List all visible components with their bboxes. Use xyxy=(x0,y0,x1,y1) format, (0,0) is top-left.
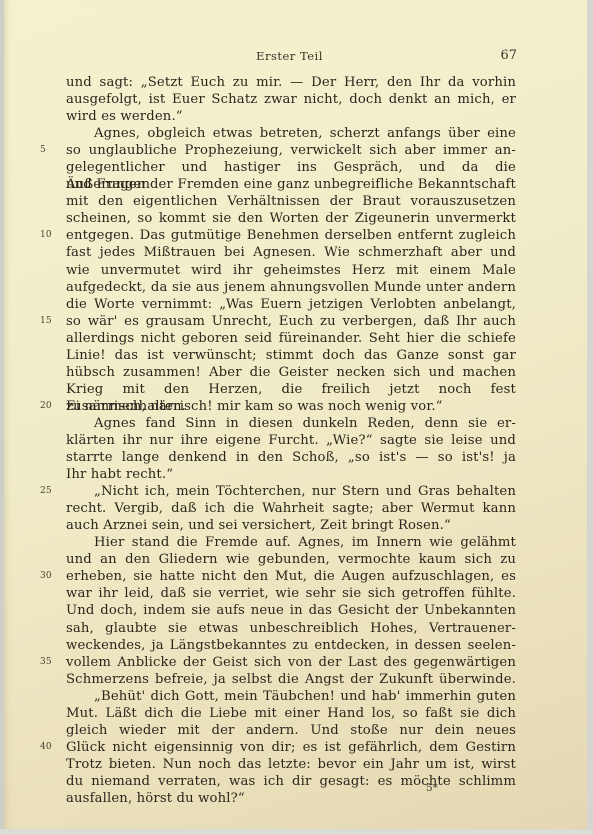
line-text: Und doch, indem sie aufs neue in das Ges… xyxy=(66,602,516,619)
line-text: ausgefolgt, ist Euer Schatz zwar nicht, … xyxy=(66,91,516,108)
line-text: entgegen. Das gutmütige Benehmen derselb… xyxy=(66,227,516,244)
line-number: 35 xyxy=(40,654,56,671)
text-line: recht. Vergib, daß ich die Wahrheit sagt… xyxy=(66,500,516,517)
text-line: „Nicht ich, mein Töchterchen, nur Stern … xyxy=(66,483,516,500)
text-line: so wär' es grausam Unrecht, Euch zu verb… xyxy=(66,313,516,330)
text-line: und sagt: „Setzt Euch zu mir. — Der Herr… xyxy=(66,74,516,91)
line-text: weckendes, ja Längstbekanntes zu entdeck… xyxy=(66,637,516,654)
text-line: klärten ihr nur ihre eigene Furcht. „Wie… xyxy=(66,432,516,449)
text-line: ausgefolgt, ist Euer Schatz zwar nicht, … xyxy=(66,91,516,108)
line-text: mit den eigentlichen Verhältnissen der B… xyxy=(66,193,516,210)
line-text: sah, glaubte sie etwas unbeschreiblich H… xyxy=(66,620,516,637)
text-line: scheinen, so kommt sie den Worten der Zi… xyxy=(66,210,516,227)
line-number: 20 xyxy=(40,398,56,415)
line-text: wie unvermutet wird ihr geheimstes Herz … xyxy=(66,262,516,279)
text-line: Linie! das ist verwünscht; stimmt doch d… xyxy=(66,347,516,364)
line-number: 30 xyxy=(40,568,56,585)
text-line: hübsch zusammen! Aber die Geister necken… xyxy=(66,364,516,381)
text-line: war ihr leid, daß sie verriet, wie sehr … xyxy=(66,585,516,602)
text-line: „Behüt' dich Gott, mein Täubchen! und ha… xyxy=(66,688,516,705)
text-line: und Fragen der Fremden eine ganz unbegre… xyxy=(66,176,516,193)
scan-bottom-edge xyxy=(0,829,593,835)
page-number: 67 xyxy=(500,48,517,63)
line-text: Hier stand die Fremde auf. Agnes, im Inn… xyxy=(94,534,516,551)
line-text: starrte lange denkend in den Schoß, „so … xyxy=(66,449,516,466)
text-line: vollem Anblicke der Geist sich von der L… xyxy=(66,654,516,671)
line-text: Glück nicht eigensinnig von dir; es ist … xyxy=(66,739,516,756)
text-line: Agnes fand Sinn in diesen dunkeln Reden,… xyxy=(66,415,516,432)
text-line: Krieg mit den Herzen, die freilich jetzt… xyxy=(66,381,516,398)
line-text: „Nicht ich, mein Töchterchen, nur Stern … xyxy=(94,483,516,500)
line-text: war ihr leid, daß sie verriet, wie sehr … xyxy=(66,585,516,602)
text-line: aufgedeckt, da sie aus jenem ahnungsvoll… xyxy=(66,279,516,296)
page-body: und sagt: „Setzt Euch zu mir. — Der Herr… xyxy=(66,74,516,807)
line-text: Ihr habt recht.“ xyxy=(66,466,516,483)
text-line: Agnes, obgleich etwas betreten, scherzt … xyxy=(66,125,516,142)
text-line: wird es werden.“ xyxy=(66,108,516,125)
line-text: vollem Anblicke der Geist sich von der L… xyxy=(66,654,516,671)
text-line: mit den eigentlichen Verhältnissen der B… xyxy=(66,193,516,210)
text-line: gelegentlicher und hastiger ins Gespräch… xyxy=(66,159,516,176)
line-number: 25 xyxy=(40,483,56,500)
line-text: auch Arznei sein, und sei versichert, Ze… xyxy=(66,517,516,534)
text-line: fast jedes Mißtrauen bei Agnesen. Wie sc… xyxy=(66,244,516,261)
line-text: und sagt: „Setzt Euch zu mir. — Der Herr… xyxy=(66,74,516,91)
text-line: du niemand verraten, was ich dir gesagt:… xyxy=(66,773,516,790)
line-text: hübsch zusammen! Aber die Geister necken… xyxy=(66,364,516,381)
line-text: Agnes fand Sinn in diesen dunkeln Reden,… xyxy=(94,415,516,432)
line-text: klärten ihr nur ihre eigene Furcht. „Wie… xyxy=(66,432,516,449)
text-line: erheben, sie hatte nicht den Mut, die Au… xyxy=(66,568,516,585)
text-line: so unglaubliche Prophezeiung, verwickelt… xyxy=(66,142,516,159)
line-text: Schmerzens befreie, ja selbst die Angst … xyxy=(66,671,516,688)
text-line: Mut. Läßt dich die Liebe mit einer Hand … xyxy=(66,705,516,722)
text-line: Glück nicht eigensinnig von dir; es ist … xyxy=(66,739,516,756)
line-text: Ei närrisch, närrisch! mir kam so was no… xyxy=(66,398,516,415)
line-text: recht. Vergib, daß ich die Wahrheit sagt… xyxy=(66,500,516,517)
text-line: Ei närrisch, närrisch! mir kam so was no… xyxy=(66,398,516,415)
line-text: gleich wieder mit der andern. Und stoße … xyxy=(66,722,516,739)
line-text: ausfallen, hörst du wohl?“ xyxy=(66,790,516,807)
text-line: Trotz bieten. Nun noch das letzte: bevor… xyxy=(66,756,516,773)
line-text: fast jedes Mißtrauen bei Agnesen. Wie sc… xyxy=(66,244,516,261)
line-text: die Worte vernimmt: „Was Euern jetzigen … xyxy=(66,296,516,313)
line-number: 40 xyxy=(40,739,56,756)
line-text: allerdings nicht geboren seid füreinande… xyxy=(66,330,516,347)
line-text: und an den Gliedern wie gebunden, vermoc… xyxy=(66,551,516,568)
line-text: Mut. Läßt dich die Liebe mit einer Hand … xyxy=(66,705,516,722)
scan-right-edge xyxy=(587,0,593,835)
line-text: scheinen, so kommt sie den Worten der Zi… xyxy=(66,210,516,227)
running-title: Erster Teil xyxy=(62,49,517,63)
text-line: Schmerzens befreie, ja selbst die Angst … xyxy=(66,671,516,688)
line-text: und Fragen der Fremden eine ganz unbegre… xyxy=(66,176,516,193)
text-line: Hier stand die Fremde auf. Agnes, im Inn… xyxy=(66,534,516,551)
text-line: Ihr habt recht.“ xyxy=(66,466,516,483)
page-header: Erster Teil 67 xyxy=(62,49,517,65)
line-text: „Behüt' dich Gott, mein Täubchen! und ha… xyxy=(94,688,516,705)
line-text: Trotz bieten. Nun noch das letzte: bevor… xyxy=(66,756,516,773)
line-number: 15 xyxy=(40,313,56,330)
text-line: und an den Gliedern wie gebunden, vermoc… xyxy=(66,551,516,568)
text-line: starrte lange denkend in den Schoß, „so … xyxy=(66,449,516,466)
text-line: gleich wieder mit der andern. Und stoße … xyxy=(66,722,516,739)
text-line: Und doch, indem sie aufs neue in das Ges… xyxy=(66,602,516,619)
text-line: sah, glaubte sie etwas unbeschreiblich H… xyxy=(66,620,516,637)
signature-mark: 5* xyxy=(426,782,438,794)
text-line: die Worte vernimmt: „Was Euern jetzigen … xyxy=(66,296,516,313)
line-text: du niemand verraten, was ich dir gesagt:… xyxy=(66,773,516,790)
line-text: Agnes, obgleich etwas betreten, scherzt … xyxy=(94,125,516,142)
text-line: weckendes, ja Längstbekanntes zu entdeck… xyxy=(66,637,516,654)
line-text: Linie! das ist verwünscht; stimmt doch d… xyxy=(66,347,516,364)
line-text: erheben, sie hatte nicht den Mut, die Au… xyxy=(66,568,516,585)
line-number: 10 xyxy=(40,227,56,244)
text-line: auch Arznei sein, und sei versichert, Ze… xyxy=(66,517,516,534)
line-text: so unglaubliche Prophezeiung, verwickelt… xyxy=(66,142,516,159)
line-number: 5 xyxy=(40,142,56,159)
text-line: entgegen. Das gutmütige Benehmen derselb… xyxy=(66,227,516,244)
line-text: so wär' es grausam Unrecht, Euch zu verb… xyxy=(66,313,516,330)
line-text: aufgedeckt, da sie aus jenem ahnungsvoll… xyxy=(66,279,516,296)
text-line: allerdings nicht geboren seid füreinande… xyxy=(66,330,516,347)
book-page: Erster Teil 67 und sagt: „Setzt Euch zu … xyxy=(4,0,587,829)
text-line: wie unvermutet wird ihr geheimstes Herz … xyxy=(66,262,516,279)
text-line: ausfallen, hörst du wohl?“ xyxy=(66,790,516,807)
line-text: wird es werden.“ xyxy=(66,108,516,125)
